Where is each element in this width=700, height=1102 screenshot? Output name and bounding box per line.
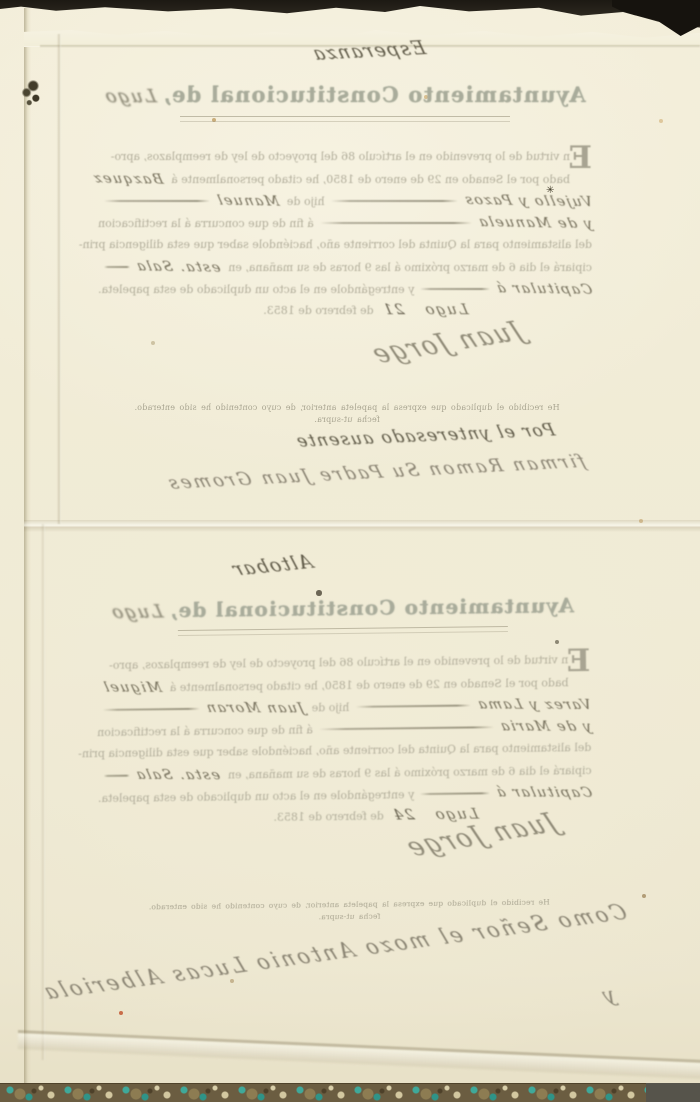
body-line-7: y entregándole en el acto un duplicado d…	[98, 279, 414, 301]
body-line-3-label: hijo de	[312, 697, 350, 719]
book-cover-left-edge	[0, 0, 24, 1102]
middle-sheet-seam	[24, 520, 700, 532]
pen-stroke-blank	[420, 792, 490, 795]
handwritten-line-7: Capitular á	[493, 781, 595, 803]
form-2-tilted-content: Altobar Ayuntamiento Constitucional de,L…	[89, 545, 601, 1061]
printed-date-text: de febrero de 1853.	[263, 304, 373, 317]
handwritten-place: esta. Sala	[133, 764, 223, 786]
form-1-date-line: Lugo21de febrero de 1853.	[263, 300, 468, 318]
handwritten-name-1: Miguel	[100, 676, 164, 698]
pen-stroke-blank	[103, 708, 200, 711]
title-underline-rule	[178, 626, 508, 636]
body-line-5: del alistamiento para la Quinta del corr…	[79, 238, 592, 251]
handwritten-date-day: 21	[380, 300, 406, 318]
handwritten-annotation-top: Esperanza	[309, 37, 428, 65]
form-1-handwritten-note-2: firman Ramon Su Padre Juan Gromes	[164, 451, 589, 494]
handwritten-name-2: Vujello y Pazos	[461, 189, 594, 213]
drop-cap: E	[568, 143, 592, 174]
form-2: Altobar Ayuntamiento Constitucional de,L…	[92, 548, 598, 1058]
handwritten-date-place: Lugo	[422, 300, 470, 318]
form-2-mirrored-content: Altobar Ayuntamiento Constitucional de,L…	[92, 548, 598, 1058]
body-line-4: á fin de que concurra á la rectificacion	[97, 719, 313, 744]
handwritten-name-2: Varez y Lama	[474, 693, 593, 716]
form-1-handwritten-note-1: Por el ynteresado ausente	[293, 420, 557, 451]
title-place-handwritten: Lugo	[109, 601, 166, 623]
pen-stroke-blank	[104, 775, 130, 777]
body-line-2: bado por el Senado en 29 de enero de 185…	[171, 169, 570, 191]
title-underline-rule	[180, 116, 510, 122]
vertical-crease-top	[57, 34, 61, 524]
handwritten-father-name: Juan Moran	[202, 697, 306, 719]
pen-stroke-blank	[355, 704, 471, 707]
body-line-1: n virtud de lo prevenido en el artículo …	[109, 653, 568, 672]
handwritten-name-1: Bazquez	[90, 167, 166, 190]
form-1-blackletter-title: Ayuntamiento Constitucional de,Lugo	[92, 82, 598, 107]
body-line-3-label: hijo de	[287, 191, 325, 213]
scanned-document-page: ✳ Esperanza Ayuntamiento Constitucional …	[0, 0, 700, 1102]
receipt-line-1: He recibido el duplicado que expresa la …	[134, 403, 559, 412]
body-line-6: cipiará el dia 6 de marzo próximo á las …	[228, 257, 592, 279]
title-place-handwritten: Lugo	[102, 86, 158, 107]
form-1-body-paragraph: E n virtud de lo prevenido en el artícul…	[98, 146, 592, 300]
handwritten-mother-name: y de Manuela	[475, 211, 594, 235]
title-text: Ayuntamiento Constitucional de,	[169, 593, 574, 622]
pen-stroke-blank	[104, 200, 210, 202]
pen-stroke-blank	[320, 222, 472, 224]
form-1-signature: Juan Jorge	[366, 316, 528, 370]
paper-specks	[0, 0, 2, 2]
book-top-dark-edge	[0, 0, 700, 30]
paper-left-edge-shadow	[24, 8, 31, 1088]
bottom-right-dark-edge	[646, 1083, 700, 1102]
form-2-body-paragraph: E n virtud de lo prevenido en el artícul…	[96, 649, 592, 809]
pen-stroke-blank	[104, 266, 130, 268]
form-2-date-line: Lugo24de febrero de 1853.	[273, 804, 478, 824]
body-line-4: á fin de que concurra á la rectificacion	[98, 213, 314, 235]
body-line-5: del alistamiento para la Quinta del corr…	[78, 741, 591, 760]
form-1: Esperanza Ayuntamiento Constitucional de…	[92, 36, 598, 506]
pen-stroke-blank	[420, 288, 490, 290]
handwritten-annotation-top: Altobar	[229, 551, 316, 581]
handwritten-line-7: Capitular á	[493, 277, 594, 301]
handwritten-date-day: 24	[390, 805, 416, 823]
pen-stroke-blank	[331, 200, 459, 202]
drop-cap: E	[566, 646, 590, 677]
form-2-handwritten-note-y: y	[597, 982, 618, 1007]
form-2-blackletter-title: Ayuntamiento Constitucional de,Lugo	[89, 593, 595, 623]
book-top-right-dark-corner	[612, 0, 700, 36]
ink-blot	[20, 78, 42, 106]
pen-stroke-blank	[319, 726, 494, 730]
form-1-receipt-text: He recibido el duplicado que expresa la …	[116, 403, 578, 424]
printed-date-text: de febrero de 1853.	[273, 810, 384, 824]
handwritten-father-name: Manuel	[214, 189, 282, 212]
handwritten-mother-name: y de Maria	[497, 715, 594, 737]
marbled-cover-bottom-edge	[0, 1083, 700, 1102]
body-line-1: n virtud de lo prevenido en el artículo …	[111, 150, 570, 163]
form-1-mirrored-content: Esperanza Ayuntamiento Constitucional de…	[92, 36, 598, 506]
title-text: Ayuntamiento Constitucional de,	[162, 82, 585, 107]
handwritten-place: esta. Sala	[133, 255, 223, 278]
